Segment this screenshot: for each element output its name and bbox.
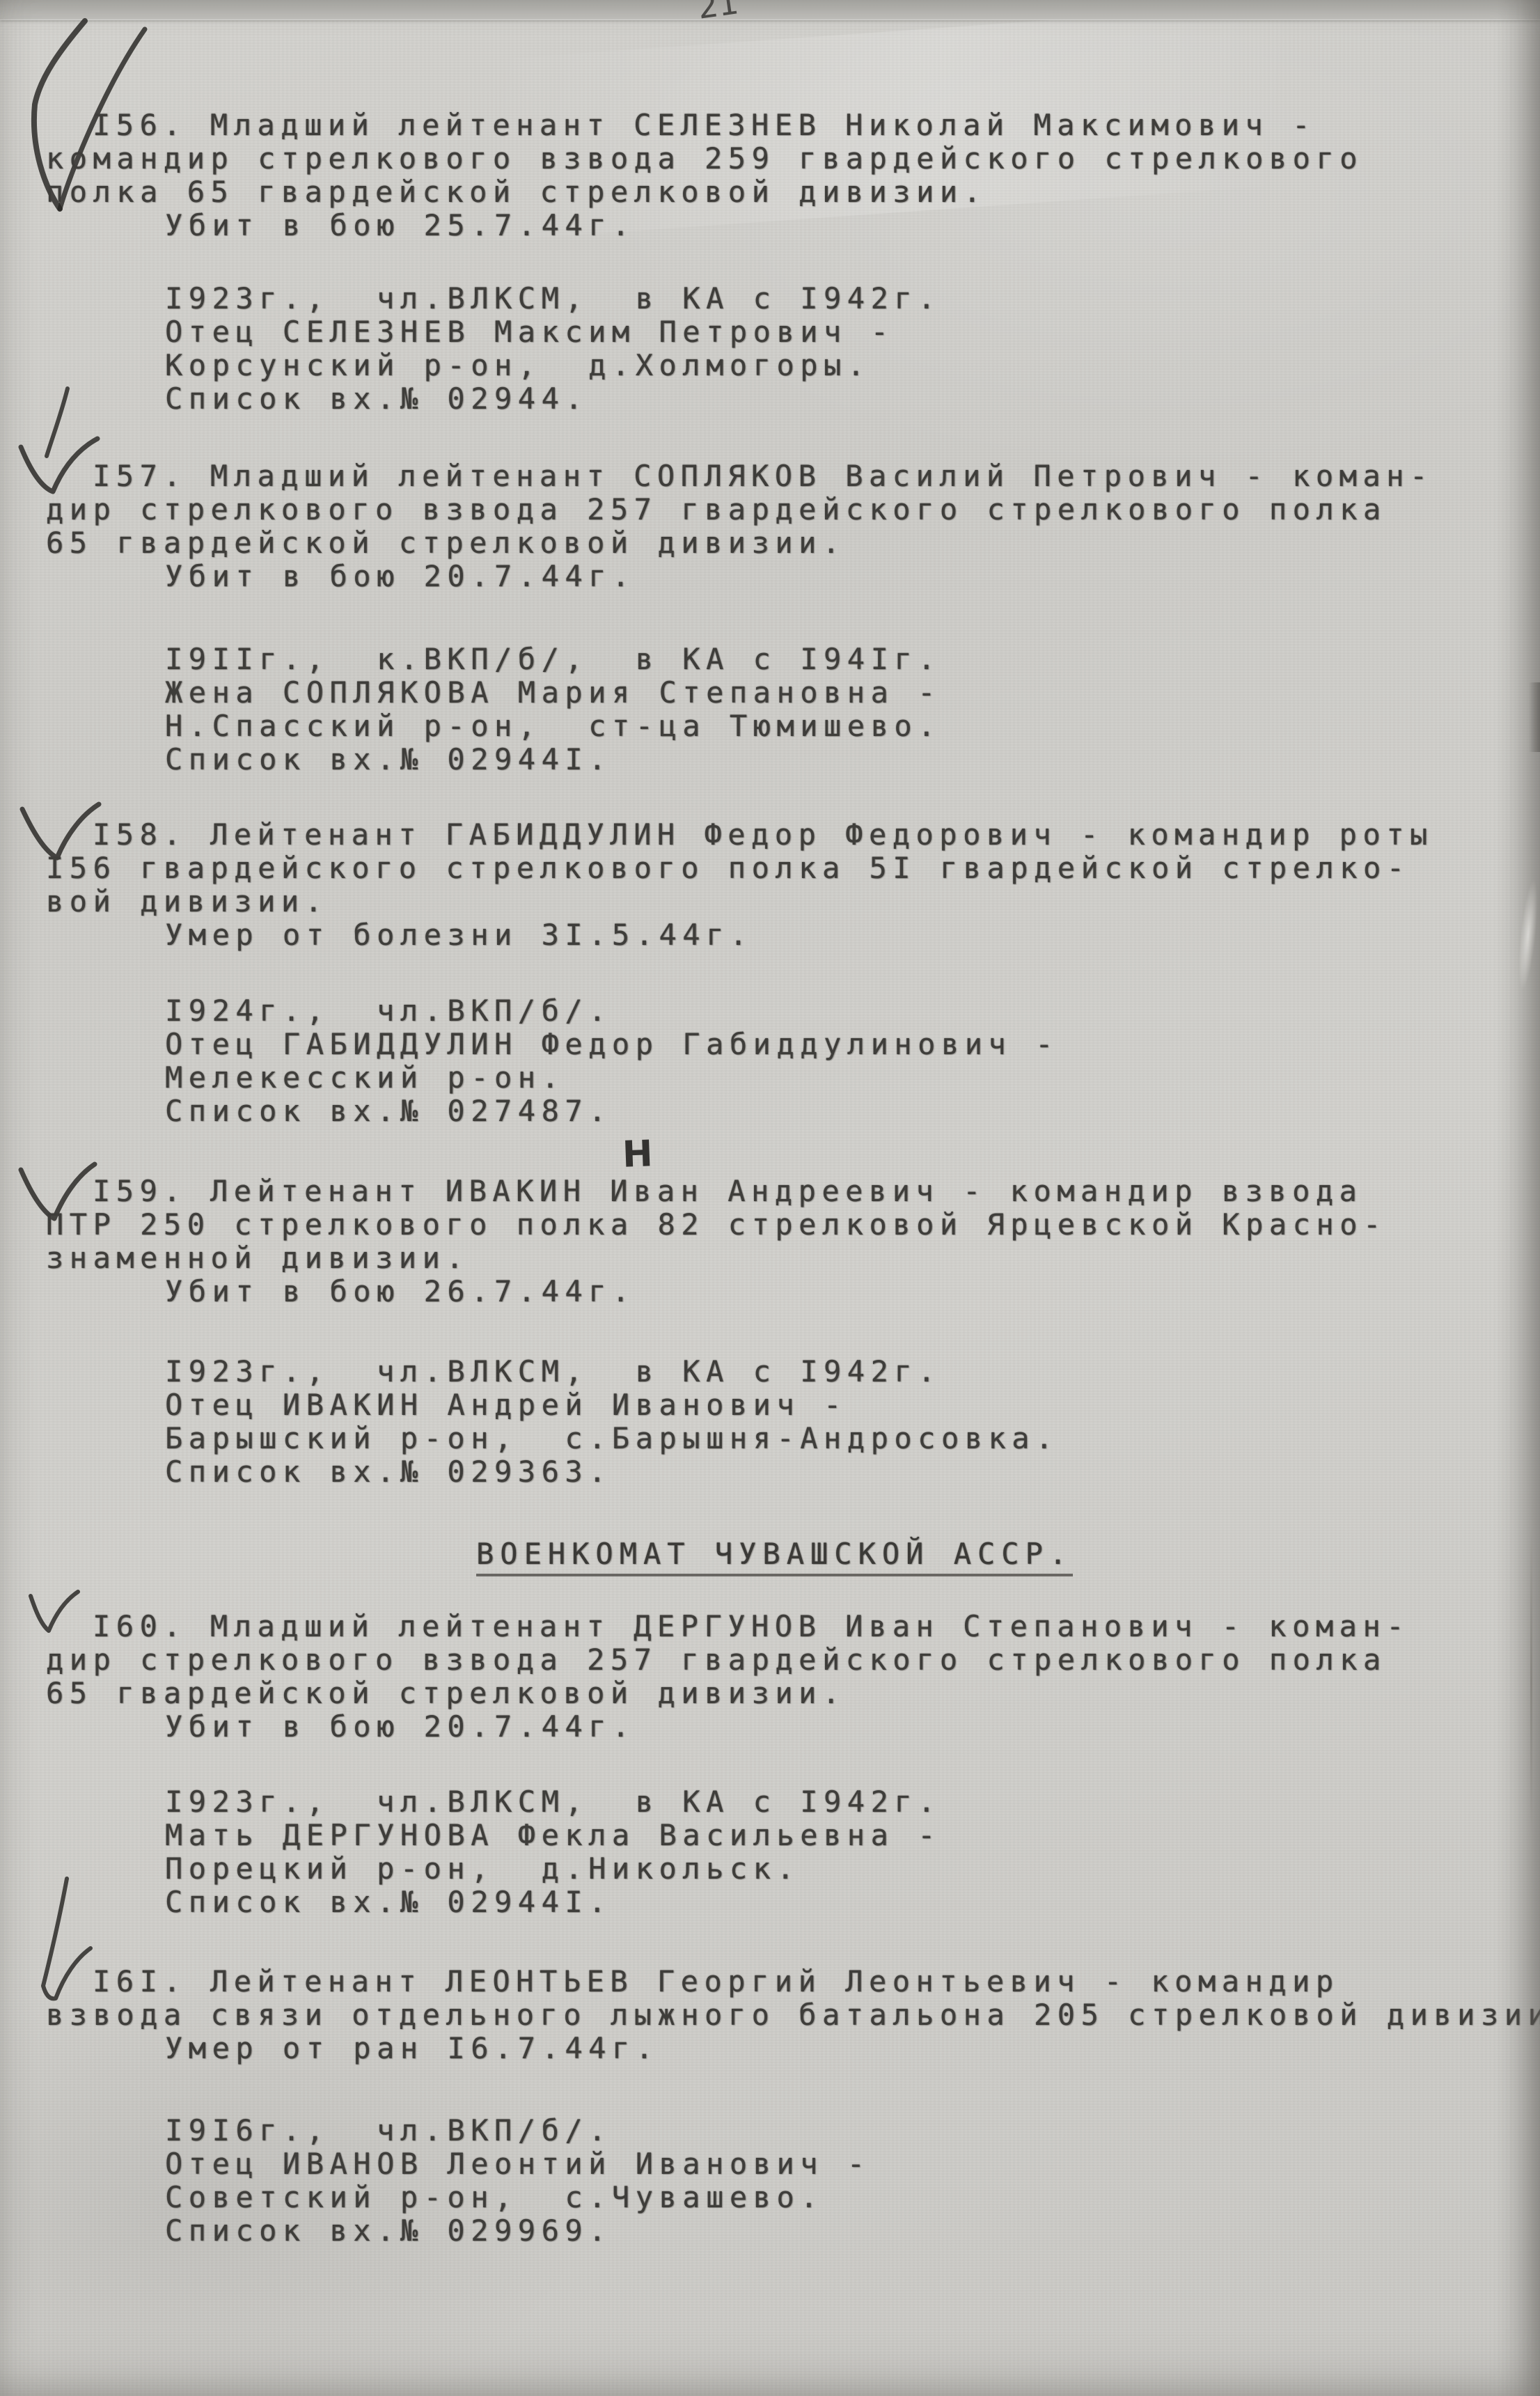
entry-line: дир стрелкового взвода 257 гвардейского … xyxy=(46,1643,1410,1677)
entry-158-details: I924г., чл.ВКП/б/. Отец ГАБИДДУЛИН Федор… xyxy=(165,994,1059,1128)
detail-line: Отец ГАБИДДУЛИН Федор Габиддулинович - xyxy=(165,1028,1059,1061)
entry-line: вой дивизии. xyxy=(46,885,1433,918)
entry-line: I56. Младший лейтенант СЕЛЕЗНЕВ Николай … xyxy=(46,109,1363,142)
detail-line: I923г., чл.ВЛКСМ, в КА с I942г. xyxy=(165,282,941,315)
detail-line: I924г., чл.ВКП/б/. xyxy=(165,994,1059,1028)
status-line: Умер от болезни 3I.5.44г. xyxy=(46,918,1433,952)
entry-161: I6I. Лейтенант ЛЕОНТЬЕВ Георгий Леонтьев… xyxy=(46,1965,1540,2065)
entry-line: 65 гвардейской стрелковой дивизии. xyxy=(46,526,1433,560)
entry-line: 65 гвардейской стрелковой дивизии. xyxy=(46,1677,1410,1710)
detail-line: Список вх.№ 029363. xyxy=(165,1455,1059,1489)
section-header: ВОЕНКОМАТ ЧУВАШСКОЙ АССР. xyxy=(476,1537,1073,1576)
scanned-document-page: 21 I56. Младший лейтенант СЕЛЕЗНЕВ Никол… xyxy=(0,0,1540,2396)
entry-156: I56. Младший лейтенант СЕЛЕЗНЕВ Николай … xyxy=(46,109,1363,242)
entry-line: I56 гвардейского стрелкового полка 5I гв… xyxy=(46,852,1433,885)
entry-157: I57. Младший лейтенант СОПЛЯКОВ Василий … xyxy=(46,460,1433,593)
typewritten-text-layer: I56. Младший лейтенант СЕЛЕЗНЕВ Николай … xyxy=(0,0,1540,2396)
handwritten-correction-letter: Н xyxy=(622,1133,654,1175)
page-right-edge-shadow xyxy=(1497,0,1540,2396)
detail-line: Жена СОПЛЯКОВА Мария Степановна - xyxy=(165,676,941,710)
detail-line: Мать ДЕРГУНОВА Фекла Васильевна - xyxy=(165,1819,941,1852)
detail-line: Н.Спасский р-он, ст-ца Тюмишево. xyxy=(165,710,941,743)
detail-line: Список вх.№ 029969. xyxy=(165,2214,871,2248)
entry-159: I59. Лейтенант ИВАКИН Иван Андреевич - к… xyxy=(46,1175,1387,1308)
detail-line: Порецкий р-он, д.Никольск. xyxy=(165,1852,941,1886)
entry-160-details: I923г., чл.ВЛКСМ, в КА с I942г. Мать ДЕР… xyxy=(165,1785,941,1919)
entry-line: полка 65 гвардейской стрелковой дивизии. xyxy=(46,175,1363,209)
entry-line: ПТР 250 стрелкового полка 82 стрелковой … xyxy=(46,1208,1387,1242)
entry-line: знаменной дивизии. xyxy=(46,1242,1387,1275)
entry-line: дир стрелкового взвода 257 гвардейского … xyxy=(46,493,1433,526)
detail-line: Барышский р-он, с.Барышня-Андросовка. xyxy=(165,1422,1059,1455)
detail-line: I9I6г., чл.ВКП/б/. xyxy=(165,2114,871,2147)
entry-156-details: I923г., чл.ВЛКСМ, в КА с I942г. Отец СЕЛ… xyxy=(165,282,941,416)
detail-line: Советский р-он, с.Чувашево. xyxy=(165,2181,871,2214)
status-line: Убит в бою 20.7.44г. xyxy=(46,560,1433,593)
detail-line: Мелекесский р-он. xyxy=(165,1061,1059,1095)
detail-line: Список вх.№ 027487. xyxy=(165,1095,1059,1128)
detail-line: Отец ИВАКИН Андрей Иванович - xyxy=(165,1388,1059,1422)
detail-line: Отец ИВАНОВ Леонтий Иванович - xyxy=(165,2147,871,2181)
entry-line: I59. Лейтенант ИВАКИН Иван Андреевич - к… xyxy=(46,1175,1387,1208)
entry-line: I57. Младший лейтенант СОПЛЯКОВ Василий … xyxy=(46,460,1433,493)
entry-line: командир стрелкового взвода 259 гвардейс… xyxy=(46,142,1363,175)
detail-line: Корсунский р-он, д.Холмогоры. xyxy=(165,349,941,382)
entry-158: I58. Лейтенант ГАБИДДУЛИН Федор Федорови… xyxy=(46,818,1433,952)
detail-line: Список вх.№ 02944I. xyxy=(165,743,941,776)
status-line: Убит в бою 20.7.44г. xyxy=(46,1710,1410,1744)
detail-line: Список вх.№ 02944. xyxy=(165,382,941,416)
entry-157-details: I9IIг., к.ВКП/б/, в КА с I94Iг. Жена СОП… xyxy=(165,643,941,776)
entry-line: I58. Лейтенант ГАБИДДУЛИН Федор Федорови… xyxy=(46,818,1433,852)
status-line: Убит в бою 25.7.44г. xyxy=(46,209,1363,242)
page-edge-nick xyxy=(1529,682,1540,752)
status-line: Убит в бою 26.7.44г. xyxy=(46,1275,1387,1308)
entry-159-details: I923г., чл.ВЛКСМ, в КА с I942г. Отец ИВА… xyxy=(165,1355,1059,1489)
entry-line: взвода связи отдельного лыжного батальон… xyxy=(46,1998,1540,2032)
detail-line: Список вх.№ 02944I. xyxy=(165,1886,941,1919)
status-line: Умер от ран I6.7.44г. xyxy=(46,2032,1540,2065)
entry-160: I60. Младший лейтенант ДЕРГУНОВ Иван Сте… xyxy=(46,1610,1410,1744)
detail-line: I9IIг., к.ВКП/б/, в КА с I94Iг. xyxy=(165,643,941,676)
detail-line: Отец СЕЛЕЗНЕВ Максим Петрович - xyxy=(165,315,941,349)
entry-line: I6I. Лейтенант ЛЕОНТЬЕВ Георгий Леонтьев… xyxy=(46,1965,1540,1998)
entry-161-details: I9I6г., чл.ВКП/б/. Отец ИВАНОВ Леонтий И… xyxy=(165,2114,871,2248)
page-crease-line xyxy=(1530,1528,1532,1835)
entry-line: I60. Младший лейтенант ДЕРГУНОВ Иван Сте… xyxy=(46,1610,1410,1643)
detail-line: I923г., чл.ВЛКСМ, в КА с I942г. xyxy=(165,1785,941,1819)
detail-line: I923г., чл.ВЛКСМ, в КА с I942г. xyxy=(165,1355,1059,1388)
